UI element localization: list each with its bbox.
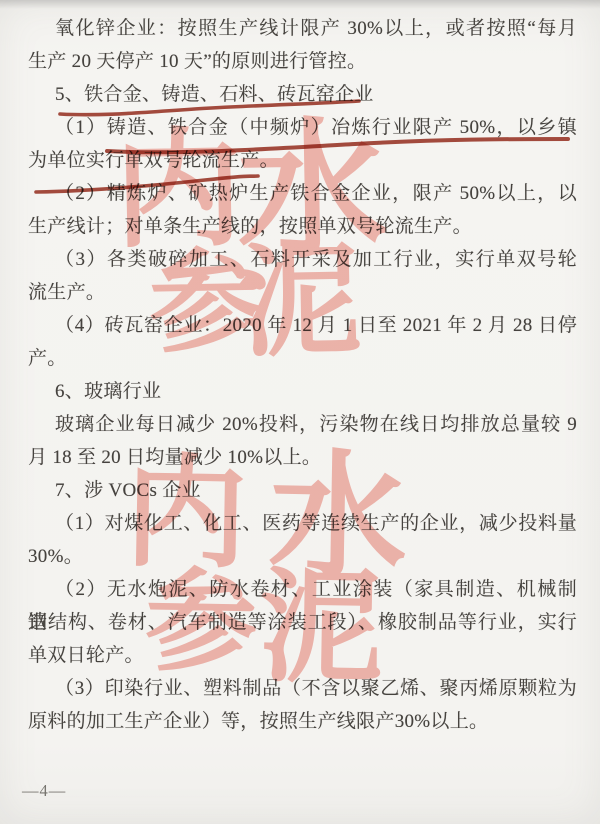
text-line: （1）铸造、铁合金（中频炉）冶炼行业限产 50%，以乡镇 — [28, 111, 577, 144]
text-line: 流生产。 — [28, 276, 577, 309]
text-line: （4）砖瓦窑企业：2020 年 12 月 1 日至 2021 年 2 月 28 … — [28, 309, 577, 342]
text-line: 生产 20 天停产 10 天”的原则进行管控。 — [28, 45, 577, 78]
section-heading-6: 6、玻璃行业 — [28, 375, 577, 408]
text-line: 生产线计；对单条生产线的，按照单双号轮流生产。 — [28, 210, 577, 243]
text-line: （3）各类破碎加工、石料开采及加工行业，实行单双号轮 — [28, 243, 577, 276]
text-line: 单双日轮产。 — [28, 639, 577, 672]
text-line: 钢结构、卷材、汽车制造等涂装工段）、橡胶制品等行业，实行 — [28, 606, 577, 639]
scanned-document-page: 氧化锌企业：按照生产线计限产 30%以上，或者按照“每月 生产 20 天停产 1… — [0, 0, 600, 824]
text-line: 30%。 — [28, 540, 577, 573]
text-line: （2）无水炮泥、防水卷材、工业涂装（家具制造、机械制造、 — [28, 573, 577, 606]
document-text-column: 氧化锌企业：按照生产线计限产 30%以上，或者按照“每月 生产 20 天停产 1… — [28, 12, 577, 738]
page-number: —4— — [22, 781, 66, 801]
text-line: 原料的加工生产企业）等，按照生产线限产30%以上。 — [28, 705, 577, 738]
text-line: 为单位实行单双号轮流生产。 — [28, 144, 577, 177]
text-line: 产。 — [28, 342, 577, 375]
text-line: 月 18 至 20 日均量减少 10%以上。 — [28, 441, 577, 474]
section-heading-7: 7、涉 VOCs 企业 — [28, 474, 577, 507]
text-line: （3）印染行业、塑料制品（不含以聚乙烯、聚丙烯原颗粒为 — [28, 672, 577, 705]
text-line: 玻璃企业每日减少 20%投料，污染物在线日均排放总量较 9 — [28, 408, 577, 441]
section-heading-5: 5、铁合金、铸造、石料、砖瓦窑企业 — [28, 78, 577, 111]
text-line: （2）精炼炉、矿热炉生产铁合金企业，限产 50%以上，以 — [28, 177, 577, 210]
text-line: （1）对煤化工、化工、医药等连续生产的企业，减少投料量 — [28, 507, 577, 540]
text-line: 氧化锌企业：按照生产线计限产 30%以上，或者按照“每月 — [28, 12, 577, 45]
